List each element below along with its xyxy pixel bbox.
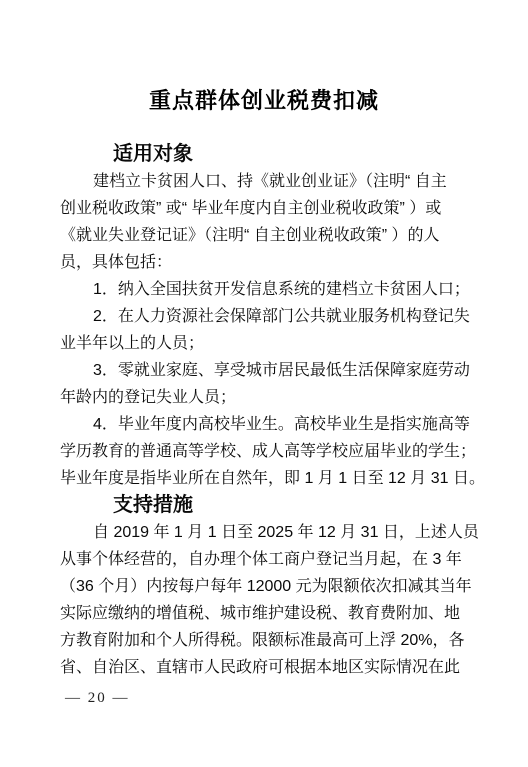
text-line: 业半年以上的人员； [60,330,468,357]
text-line: （36 个月）内按每户每年 12000 元为限额依次扣减其当年 [60,573,468,600]
text-line: 实际应缴纳的增值税、城市维护建设税、教育费附加、地 [60,600,468,627]
text-line: 员，具体包括： [60,249,468,276]
text-line: 学历教育的普通高等学校、成人高等学校应届毕业的学生； [60,438,468,465]
text-line: 创业税收政策” 或“ 毕业年度内自主创业税收政策” ）或 [60,195,468,222]
text-line: 年龄内的登记失业人员； [60,384,468,411]
list-item-2: 2．在人力资源社会保障部门公共就业服务机构登记失 [60,303,468,330]
document-body: 适用对象 建档立卡贫困人口、持《就业创业证》（注明“ 自主 创业税收政策” 或“… [60,141,468,681]
list-item-1: 1．纳入全国扶贫开发信息系统的建档立卡贫困人口； [60,276,468,303]
section-heading-applicable-targets: 适用对象 [60,141,468,168]
document-page: 重点群体创业税费扣减 适用对象 建档立卡贫困人口、持《就业创业证》（注明“ 自主… [0,0,528,767]
document-title: 重点群体创业税费扣减 [0,84,528,115]
text-line: 自 2019 年 1 月 1 日至 2025 年 12 月 31 日，上述人员 [60,519,468,546]
page-number: — 20 — [65,690,130,707]
text-line: 建档立卡贫困人口、持《就业创业证》（注明“ 自主 [60,168,468,195]
list-item-4: 4．毕业年度内高校毕业生。高校毕业生是指实施高等 [60,411,468,438]
text-line: 省、自治区、直辖市人民政府可根据本地区实际情况在此 [60,654,468,681]
section-heading-support-measures: 支持措施 [60,492,468,519]
list-item-3: 3．零就业家庭、享受城市居民最低生活保障家庭劳动 [60,357,468,384]
text-line: 从事个体经营的，自办理个体工商户登记当月起，在 3 年 [60,546,468,573]
text-line: 毕业年度是指毕业所在自然年，即 1 月 1 日至 12 月 31 日。 [60,465,468,492]
text-line: 《就业失业登记证》（注明“ 自主创业税收政策” ）的人 [60,222,468,249]
text-line: 方教育附加和个人所得税。限额标准最高可上浮 20%，各 [60,627,468,654]
